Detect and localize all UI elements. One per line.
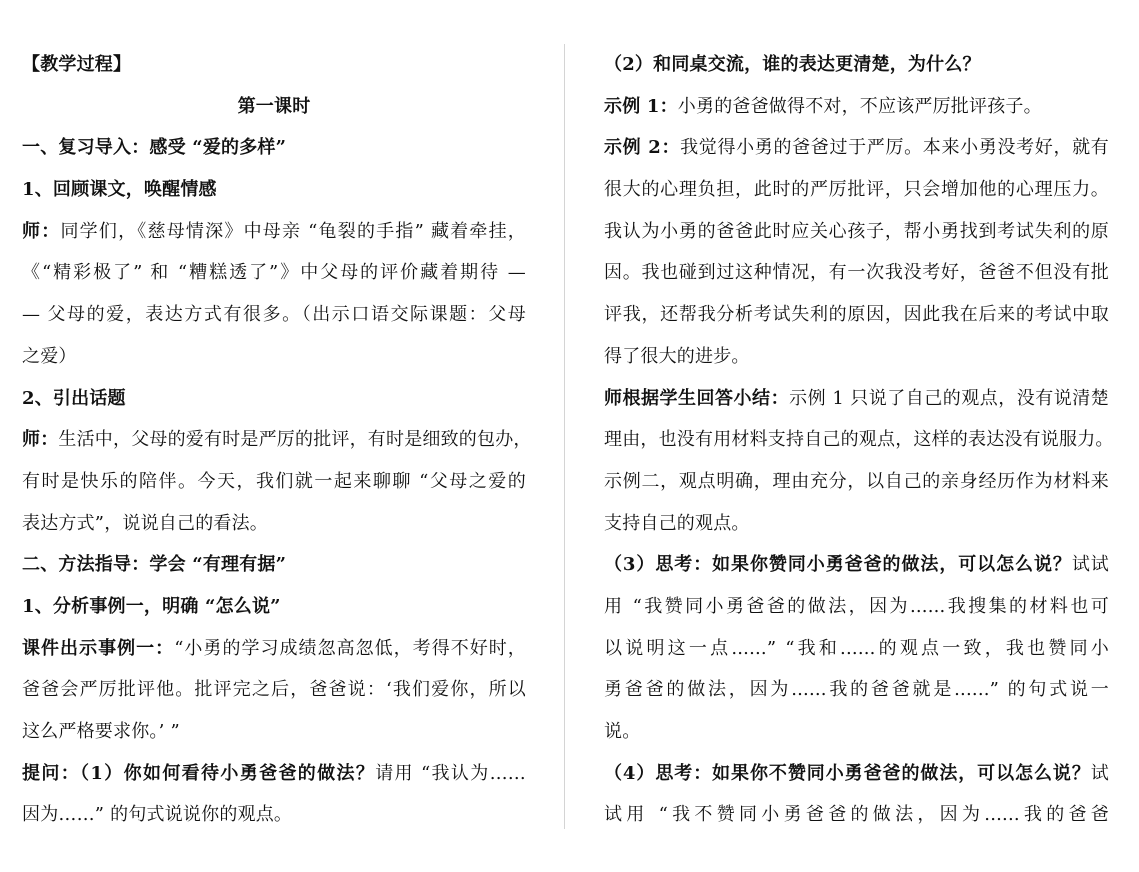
section-label: 【教学过程】 (22, 44, 526, 86)
example2-label: 示例 2： (604, 137, 680, 158)
example2-line6: 得了很大的进步。 (604, 336, 1109, 378)
left-column: 【教学过程】 第一课时 一、复习导入：感受 “爱的多样” 1、回顾课文，唤醒情感… (22, 44, 526, 836)
teacher1-line3: — 父母的爱，表达方式有很多。（出示口语交际课题：父母 (22, 294, 526, 336)
teacher2-line2: 有时是快乐的陪伴。今天，我们就一起来聊聊 “父母之爱的 (22, 461, 526, 503)
question3-line5: 说。 (604, 711, 1109, 753)
step1-heading: 1、回顾课文，唤醒情感 (22, 169, 526, 211)
case1-line2: 爸爸会严厉批评他。批评完之后，爸爸说：‘我们爱你，所以 (22, 669, 526, 711)
case1-line3: 这么严格要求你。’ ” (22, 711, 526, 753)
teacher2-line3: 表达方式”，说说自己的看法。 (22, 503, 526, 545)
summary-label: 师根据学生回答小结： (604, 388, 789, 409)
part2-heading: 二、方法指导：学会 “有理有据” (22, 544, 526, 586)
example2-line3: 我认为小勇的爸爸此时应关心孩子，帮小勇找到考试失利的原 (604, 211, 1109, 253)
example2-line5: 评我，还帮我分析考试失利的原因，因此我在后来的考试中取 (604, 294, 1109, 336)
summary-line4: 支持自己的观点。 (604, 503, 1109, 545)
case1-label: 课件出示事例一： (22, 638, 174, 659)
summary-line3: 示例二，观点明确，理由充分，以自己的亲身经历作为材料来 (604, 461, 1109, 503)
question1-label: 提问：（1）你如何看待小勇爸爸的做法？ (22, 763, 375, 784)
lesson-title: 第一课时 (22, 86, 526, 128)
teacher-label: 师： (22, 221, 60, 242)
example1: 示例 1：小勇的爸爸做得不对，不应该严厉批评孩子。 (604, 86, 1109, 128)
question1-line1: 提问：（1）你如何看待小勇爸爸的做法？请用 “我认为…… (22, 753, 526, 795)
question3-line4: 勇爸爸的做法，因为......我的爸爸就是......” 的句式说一 (604, 669, 1109, 711)
case1-line1: 课件出示事例一：“小勇的学习成绩忽高忽低，考得不好时， (22, 628, 526, 670)
summary-line1: 师根据学生回答小结：示例 1 只说了自己的观点，没有说清楚 (604, 378, 1109, 420)
question1-line2: 因为……” 的句式说说你的观点。 (22, 794, 526, 836)
question4-label: （4）思考：如果你不赞同小勇爸爸的做法，可以怎么说？ (604, 763, 1091, 784)
question3-line1: （3）思考：如果你赞同小勇爸爸的做法，可以怎么说？试试 (604, 544, 1109, 586)
teacher1-line4: 之爱） (22, 336, 526, 378)
teacher1-line1: 师：同学们，《慈母情深》中母亲 “龟裂的手指” 藏着牵挂， (22, 211, 526, 253)
right-column: （2）和同桌交流，谁的表达更清楚，为什么？ 示例 1：小勇的爸爸做得不对，不应该… (604, 44, 1109, 836)
teacher1-line2: 《“精彩极了” 和 “糟糕透了”》中父母的评价藏着期待 — (22, 252, 526, 294)
question4-line1: （4）思考：如果你不赞同小勇爸爸的做法，可以怎么说？试 (604, 753, 1109, 795)
teacher2-line1: 师：生活中，父母的爱有时是严厉的批评，有时是细致的包办， (22, 419, 526, 461)
question4-line2: 试用 “我不赞同小勇爸爸的做法，因为......我的爸爸 (604, 794, 1109, 836)
step3-heading: 1、分析事例一，明确 “怎么说” (22, 586, 526, 628)
example1-label: 示例 1： (604, 96, 678, 117)
question3-label: （3）思考：如果你赞同小勇爸爸的做法，可以怎么说？ (604, 554, 1072, 575)
example2-line4: 因。我也碰到过这种情况，有一次我没考好，爸爸不但没有批 (604, 252, 1109, 294)
question3-line2: 用 “我赞同小勇爸爸的做法，因为......我搜集的材料也可 (604, 586, 1109, 628)
question2: （2）和同桌交流，谁的表达更清楚，为什么？ (604, 44, 1109, 86)
example2-line1: 示例 2：我觉得小勇的爸爸过于严厉。本来小勇没考好，就有 (604, 127, 1109, 169)
example2-line2: 很大的心理负担，此时的严厉批评，只会增加他的心理压力。 (604, 169, 1109, 211)
step2-heading: 2、引出话题 (22, 378, 526, 420)
teacher-label: 师： (22, 429, 58, 450)
summary-line2: 理由，也没有用材料支持自己的观点，这样的表达没有说服力。 (604, 419, 1109, 461)
question3-line3: 以说明这一点......” “我和......的观点一致，我也赞同小 (604, 628, 1109, 670)
column-divider (564, 44, 565, 829)
part1-heading: 一、复习导入：感受 “爱的多样” (22, 127, 526, 169)
